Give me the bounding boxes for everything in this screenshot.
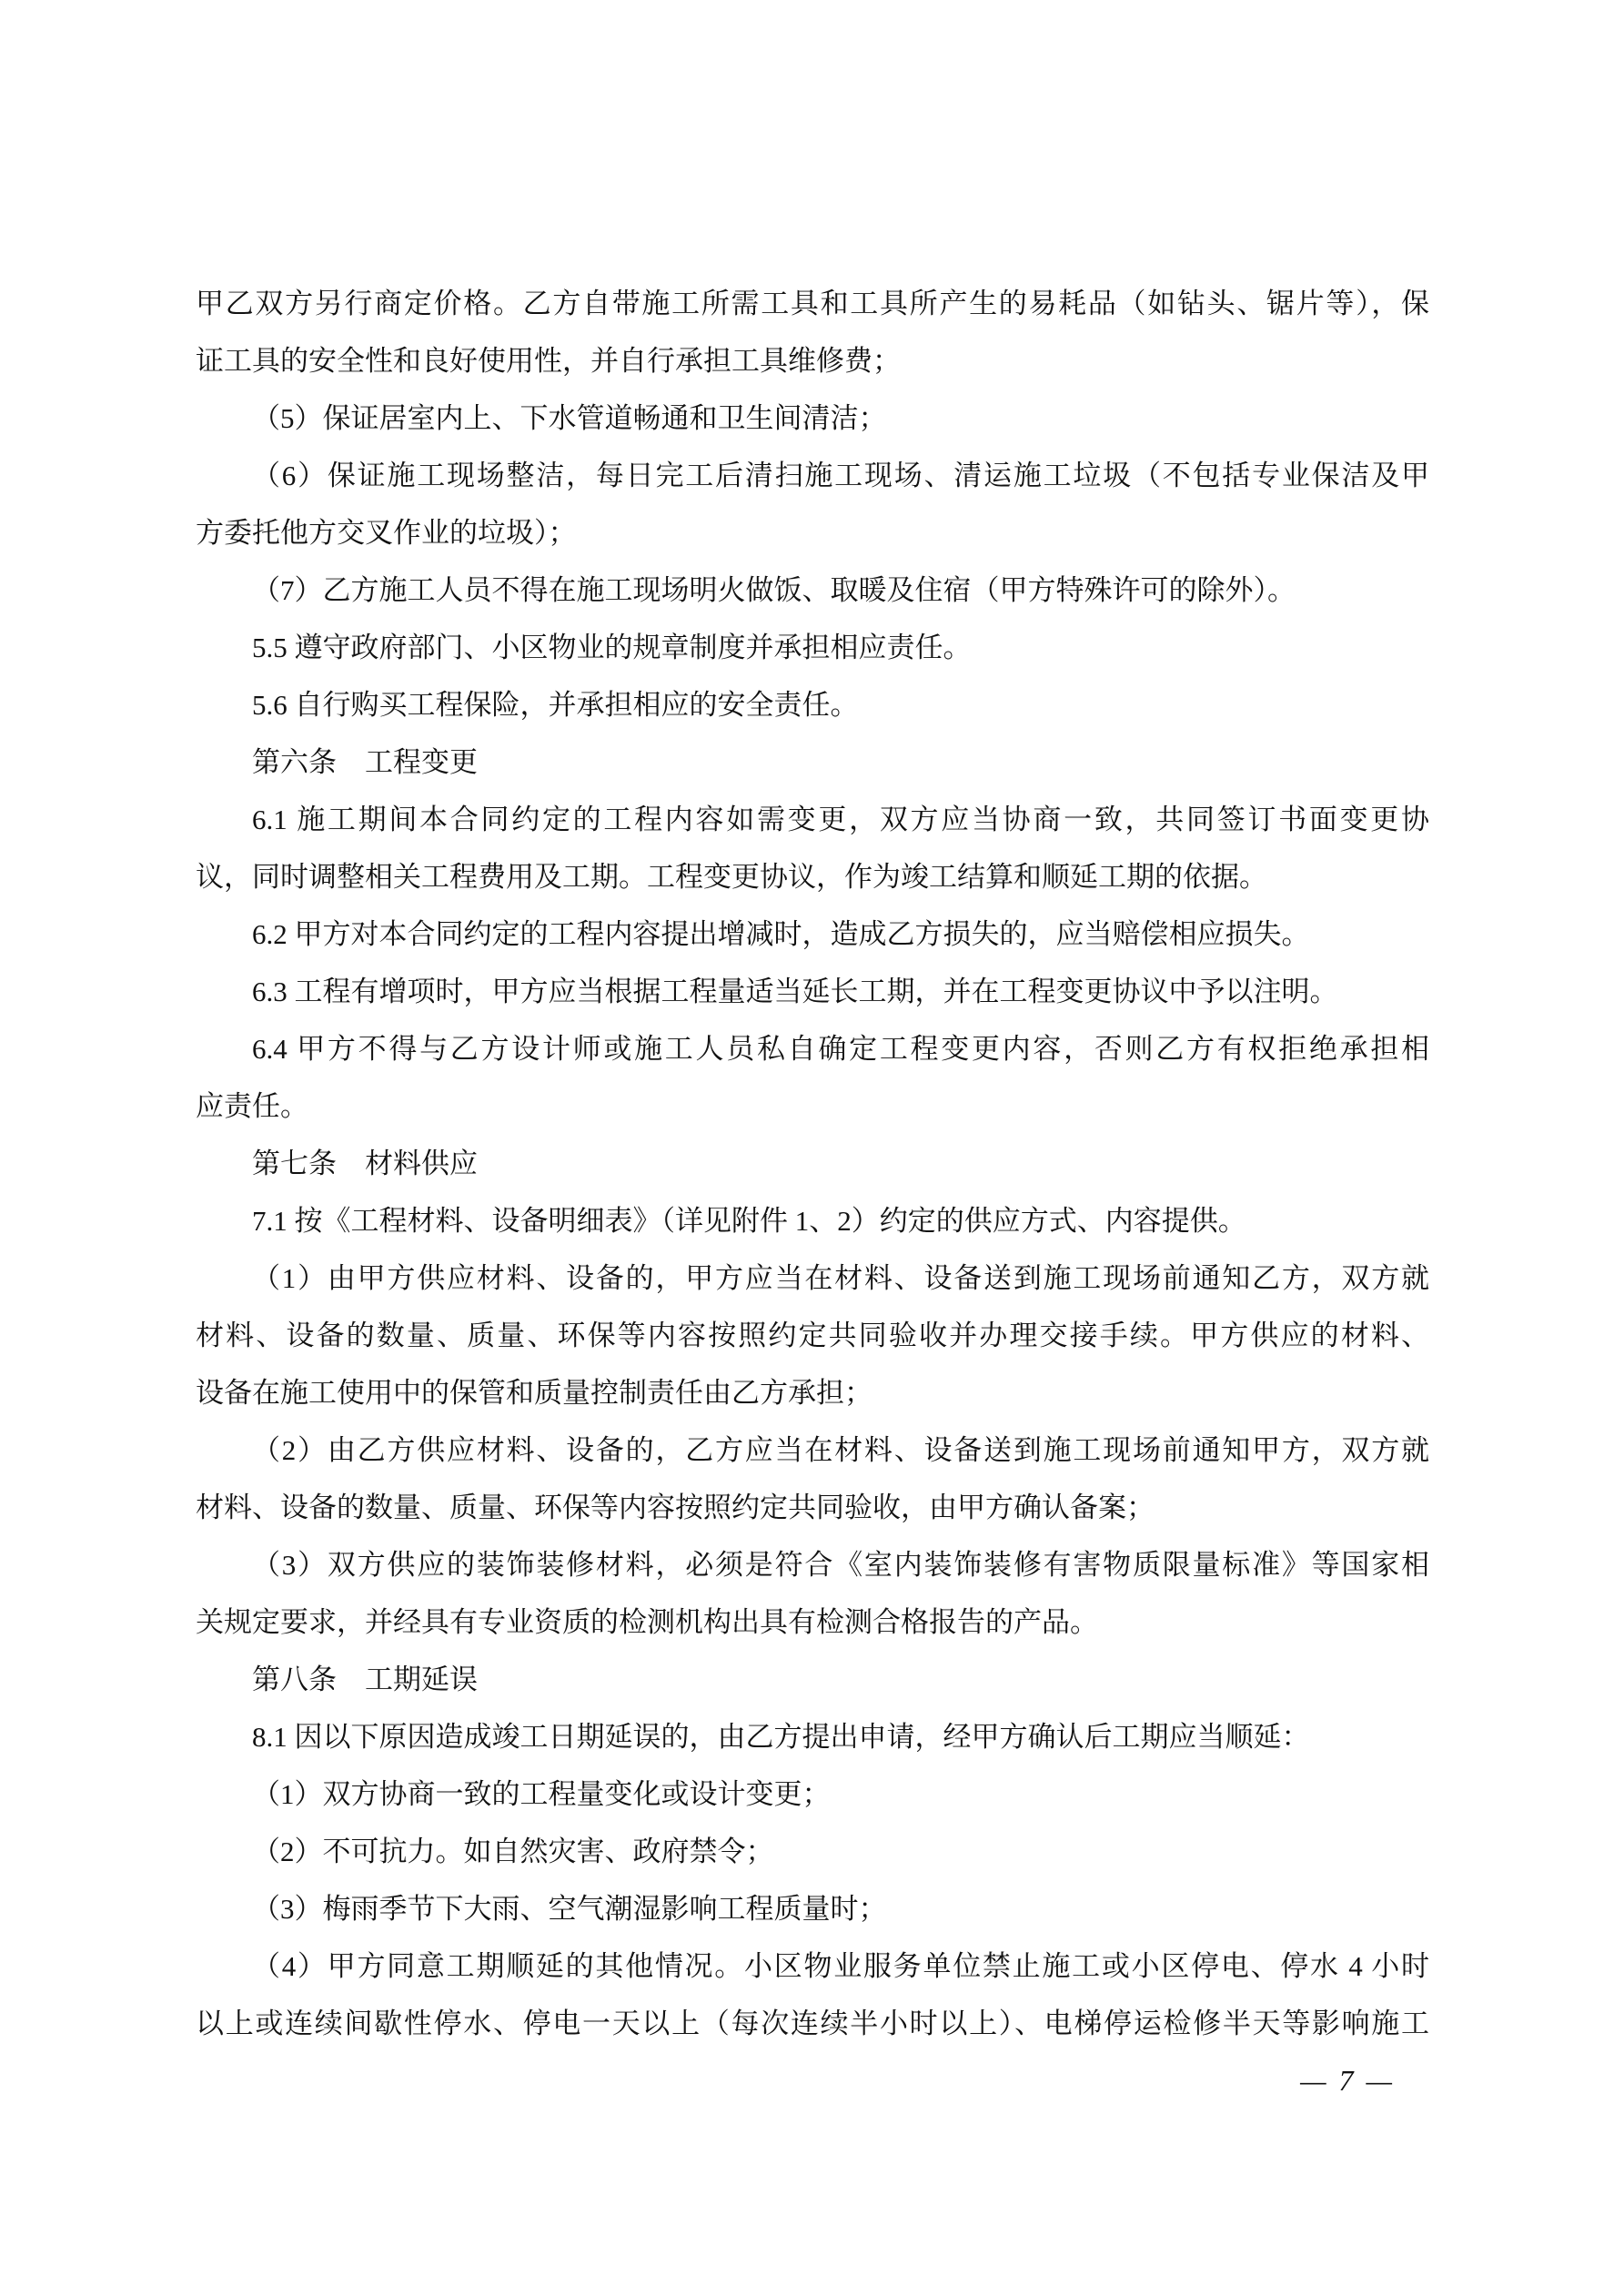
text-line: （7）乙方施工人员不得在施工现场明火做饭、取暖及住宿（甲方特殊许可的除外）。 bbox=[196, 561, 1429, 619]
text-line: （3）梅雨季节下大雨、空气潮湿影响工程质量时； bbox=[196, 1880, 1429, 1937]
text-line: 7.1 按《工程材料、设备明细表》（详见附件 1、2）约定的供应方式、内容提供。 bbox=[196, 1192, 1429, 1249]
text-line: 应责任。 bbox=[196, 1077, 1429, 1135]
contract-text-block: 甲乙双方另行商定价格。乙方自带施工所需工具和工具所产生的易耗品（如钻头、锯片等）… bbox=[196, 275, 1429, 2052]
text-line: 5.5 遵守政府部门、小区物业的规章制度并承担相应责任。 bbox=[196, 619, 1429, 676]
text-line: 8.1 因以下原因造成竣工日期延误的，由乙方提出申请，经甲方确认后工期应当顺延： bbox=[196, 1708, 1429, 1765]
text-line: （3）双方供应的装饰装修材料，必须是符合《室内装饰装修有害物质限量标准》等国家相 bbox=[196, 1536, 1429, 1593]
text-line: 6.2 甲方对本合同约定的工程内容提出增减时，造成乙方损失的，应当赔偿相应损失。 bbox=[196, 905, 1429, 963]
text-line: 6.3 工程有增项时，甲方应当根据工程量适当延长工期，并在工程变更协议中予以注明… bbox=[196, 963, 1429, 1020]
page-number: — 7 — bbox=[1300, 2059, 1395, 2101]
text-line: （5）保证居室内上、下水管道畅通和卫生间清洁； bbox=[196, 389, 1429, 447]
text-line: 方委托他方交叉作业的垃圾）； bbox=[196, 504, 1429, 561]
text-line: （1）双方协商一致的工程量变化或设计变更； bbox=[196, 1765, 1429, 1823]
text-line: 材料、设备的数量、质量、环保等内容按照约定共同验收，由甲方确认备案； bbox=[196, 1479, 1429, 1536]
text-line: 议，同时调整相关工程费用及工期。工程变更协议，作为竣工结算和顺延工期的依据。 bbox=[196, 848, 1429, 905]
text-line: （2）由乙方供应材料、设备的，乙方应当在材料、设备送到施工现场前通知甲方，双方就 bbox=[196, 1421, 1429, 1479]
text-line: 证工具的安全性和良好使用性，并自行承担工具维修费； bbox=[196, 332, 1429, 389]
text-line: 甲乙双方另行商定价格。乙方自带施工所需工具和工具所产生的易耗品（如钻头、锯片等）… bbox=[196, 275, 1429, 332]
text-line: 5.6 自行购买工程保险，并承担相应的安全责任。 bbox=[196, 676, 1429, 733]
text-line: （2）不可抗力。如自然灾害、政府禁令； bbox=[196, 1823, 1429, 1880]
text-line: （1）由甲方供应材料、设备的，甲方应当在材料、设备送到施工现场前通知乙方，双方就 bbox=[196, 1249, 1429, 1307]
text-line: 以上或连续间歇性停水、停电一天以上（每次连续半小时以上）、电梯停运检修半天等影响… bbox=[196, 1995, 1429, 2052]
section-heading: 第八条 工期延误 bbox=[196, 1651, 1429, 1708]
section-heading: 第七条 材料供应 bbox=[196, 1135, 1429, 1192]
section-heading: 第六条 工程变更 bbox=[196, 733, 1429, 791]
text-line: 6.4 甲方不得与乙方设计师或施工人员私自确定工程变更内容，否则乙方有权拒绝承担… bbox=[196, 1020, 1429, 1077]
text-line: 关规定要求，并经具有专业资质的检测机构出具有检测合格报告的产品。 bbox=[196, 1593, 1429, 1651]
text-line: （4）甲方同意工期顺延的其他情况。小区物业服务单位禁止施工或小区停电、停水 4 … bbox=[196, 1937, 1429, 1995]
text-line: 材料、设备的数量、质量、环保等内容按照约定共同验收并办理交接手续。甲方供应的材料… bbox=[196, 1307, 1429, 1364]
text-line: 设备在施工使用中的保管和质量控制责任由乙方承担； bbox=[196, 1364, 1429, 1421]
text-line: 6.1 施工期间本合同约定的工程内容如需变更，双方应当协商一致，共同签订书面变更… bbox=[196, 791, 1429, 848]
contract-document-page: 甲乙双方另行商定价格。乙方自带施工所需工具和工具所产生的易耗品（如钻头、锯片等）… bbox=[0, 0, 1624, 2296]
text-line: （6）保证施工现场整洁，每日完工后清扫施工现场、清运施工垃圾（不包括专业保洁及甲 bbox=[196, 447, 1429, 504]
